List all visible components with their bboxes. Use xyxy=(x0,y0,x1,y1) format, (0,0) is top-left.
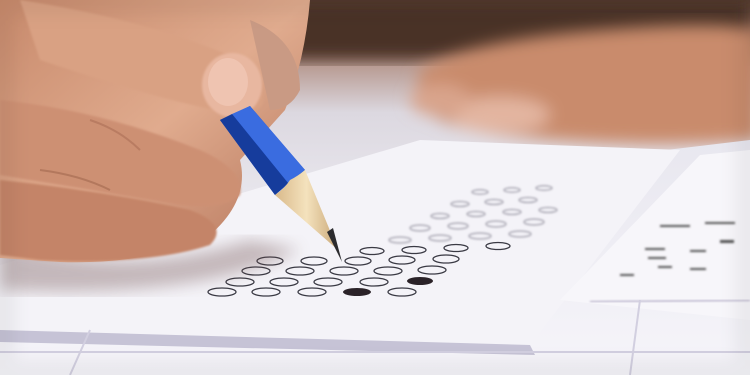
photo-illustration xyxy=(0,0,750,375)
photo-scene xyxy=(0,0,750,375)
